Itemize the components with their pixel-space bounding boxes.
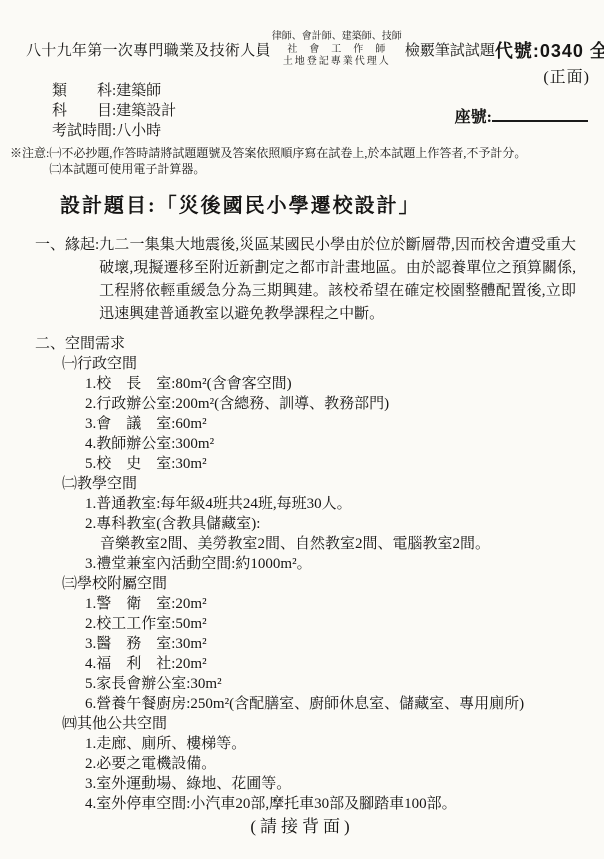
- profession-line-middle: 社 會 工 作 師: [287, 44, 386, 57]
- profession-line-top: 律師、會計師、建築師、技師: [272, 31, 402, 44]
- list-item: 3.會 議 室:60m²: [85, 414, 600, 434]
- page-side-label: (正面): [543, 64, 590, 87]
- notice-item: ㈠不必抄題,作答時請將試題題號及答案依照順序寫在試卷上,於本試題上作答者,不予計…: [49, 145, 526, 161]
- list-item: 音樂教室2間、美勞教室2間、自然教室2間、電腦教室2間。: [85, 534, 600, 554]
- notice-item: ㈡本試題可使用電子計算器。: [49, 161, 526, 177]
- origin-label: 一、緣起:: [35, 234, 99, 326]
- space-requirements-heading: 二、空間需求: [35, 334, 600, 354]
- subsection-public-label: ㈣其他公共空間: [62, 714, 600, 734]
- exam-session-title: 八十九年第一次專門職業及技術人員: [26, 39, 271, 60]
- exam-meta: 類 科:建築師 科 目:建築設計 考試時間:八小時: [52, 81, 176, 141]
- list-item: 1.普通教室:每年級4班共24班,每班30人。: [85, 494, 600, 514]
- space-requirements-section: 二、空間需求 ㈠行政空間 1.校 長 室:80m²(含會客空間) 2.行政辦公室…: [35, 334, 600, 814]
- professions-stack: 律師、會計師、建築師、技師 社 會 工 作 師 土地登記專業代理人: [272, 31, 402, 69]
- list-item: 2.必要之電機設備。: [85, 754, 600, 774]
- seat-number-row: 座號:: [455, 104, 588, 127]
- list-item: 6.營養午餐廚房:250m²(含配膳室、廚師休息室、儲藏室、專用廁所): [85, 694, 600, 714]
- notice-items: ㈠不必抄題,作答時請將試題題號及答案依照順序寫在試卷上,於本試題上作答者,不予計…: [49, 145, 526, 177]
- list-item: 4.教師辦公室:300m²: [85, 434, 600, 454]
- list-item: 5.校 史 室:30m²: [85, 454, 600, 474]
- subsection-auxiliary-label: ㈢學校附屬空間: [62, 574, 600, 594]
- origin-section: 一、緣起: 九二一集集大地震後,災區某國民小學由於位於斷層帶,因而校舍遭受重大破…: [35, 234, 576, 326]
- category-row: 類 科:建築師: [52, 81, 176, 101]
- list-item: 1.走廊、廁所、樓梯等。: [85, 734, 600, 754]
- paper-code: 代號:0340 全一張: [495, 37, 604, 63]
- list-item: 5.家長會辦公室:30m²: [85, 674, 600, 694]
- seat-label: 座號:: [455, 109, 492, 126]
- exam-type-label: 檢覈筆試試題: [405, 39, 495, 60]
- exam-paper-page: 八十九年第一次專門職業及技術人員 律師、會計師、建築師、技師 社 會 工 作 師…: [0, 0, 604, 859]
- list-item: 4.室外停車空間:小汽車20部,摩托車30部及腳踏車100部。: [85, 794, 600, 814]
- origin-text: 九二一集集大地震後,災區某國民小學由於位於斷層帶,因而校舍遭受重大破壞,現擬遷移…: [99, 234, 576, 326]
- list-item: 2.專科教室(含教具儲藏室):: [85, 514, 600, 534]
- subject-row: 科 目:建築設計: [52, 101, 176, 121]
- notice-label: ※注意:: [10, 145, 49, 177]
- seat-number-blank: [492, 106, 588, 122]
- list-item: 3.禮堂兼室內活動空間:約1000m²。: [85, 554, 600, 574]
- continue-note: (請接背面): [0, 812, 604, 837]
- list-item: 2.行政辦公室:200m²(含總務、訓導、教務部門): [85, 394, 600, 414]
- subsection-admin-label: ㈠行政空間: [62, 354, 600, 374]
- subsection-teaching-label: ㈡教學空間: [62, 474, 600, 494]
- notice-block: ※注意: ㈠不必抄題,作答時請將試題題號及答案依照順序寫在試卷上,於本試題上作答…: [10, 145, 600, 177]
- list-item: 3.醫 務 室:30m²: [85, 634, 600, 654]
- exam-header: 八十九年第一次專門職業及技術人員 律師、會計師、建築師、技師 社 會 工 作 師…: [26, 31, 599, 69]
- list-item: 4.福 利 社:20m²: [85, 654, 600, 674]
- list-item: 1.警 衛 室:20m²: [85, 594, 600, 614]
- list-item: 2.校工工作室:50m²: [85, 614, 600, 634]
- list-item: 3.室外運動場、綠地、花圃等。: [85, 774, 600, 794]
- list-item: 1.校 長 室:80m²(含會客空間): [85, 374, 600, 394]
- profession-line-bottom: 土地登記專業代理人: [283, 56, 391, 69]
- time-row: 考試時間:八小時: [52, 121, 176, 141]
- design-title: 設計題目:「災後國民小學遷校設計」: [60, 189, 421, 218]
